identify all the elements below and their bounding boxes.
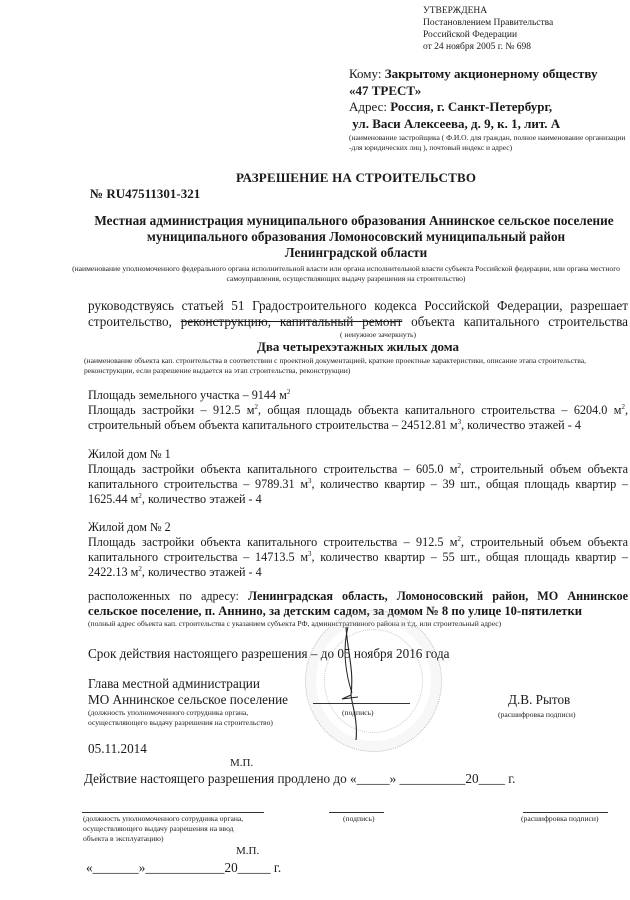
approval-line: УТВЕРЖДЕНА	[423, 5, 553, 17]
building-2-block: Жилой дом № 2 Площадь застройки объекта …	[88, 520, 628, 580]
extension-seal-label: М.П.	[236, 845, 259, 857]
signatory-name-note: (расшифровка подписи)	[498, 710, 576, 720]
basis-line: руководствуясь статьей 51 Градостроитель…	[88, 298, 628, 314]
approval-line: Постановлением Правительства	[423, 17, 553, 29]
basis-construction: строительство,	[88, 314, 172, 329]
issuer-line: Местная администрация муниципального обр…	[84, 213, 624, 229]
signatory-position: Глава местной администрации	[88, 676, 288, 692]
land-area: Площадь земельного участка – 9144 м2	[88, 388, 628, 403]
extension-position-line	[82, 812, 264, 813]
signature-line	[313, 703, 410, 704]
issue-date: 05.11.2014	[88, 741, 147, 757]
issuer-line: Ленинградской области	[88, 245, 624, 261]
permit-number: № RU47511301-321	[90, 186, 200, 202]
signatory-name: Д.В. Рытов	[508, 692, 570, 708]
to-label: Кому:	[349, 66, 381, 81]
signatory-note: (должность уполномоченного сотрудника ор…	[88, 708, 273, 728]
recipient-name-2: «47 ТРЕСТ»	[349, 83, 421, 98]
signature-icon	[318, 625, 378, 745]
issuer-block: Местная администрация муниципального обр…	[88, 213, 624, 261]
basis-object: объекта капитального строительства	[411, 314, 628, 329]
building-line: 1625.44 м2, количество этажей - 4	[88, 492, 628, 507]
approval-line: от 24 ноября 2005 г. № 698	[423, 41, 553, 53]
extension-signature-line	[329, 812, 384, 813]
extension-signature-note: (подпись)	[343, 814, 375, 824]
extension-position-note: (должность уполномоченного сотрудника ор…	[83, 814, 243, 844]
object-name: Два четырехэтажных жилых дома	[88, 339, 628, 355]
extension-name-note: (расшифровка подписи)	[521, 814, 599, 824]
signatory-position: МО Аннинское сельское поселение	[88, 692, 288, 708]
object-note: (наименование объекта кап. строительства…	[84, 356, 630, 376]
summary-line: строительный объем объекта капитального …	[88, 418, 628, 433]
building-line: капитального строительства – 9789.31 м3,…	[88, 477, 628, 492]
basis-line-2: строительство, реконструкцию, капитальны…	[88, 314, 628, 330]
building-line: капитального строительства – 14713.5 м3,…	[88, 550, 628, 565]
signature-note: (подпись)	[342, 708, 374, 718]
building-line: 2422.13 м2, количество этажей - 4	[88, 565, 628, 580]
recipient-address-2: ул. Васи Алексеева, д. 9, к. 1, лит. А	[352, 116, 560, 131]
basis-block: руководствуясь статьей 51 Градостроитель…	[88, 298, 628, 340]
seal-label: М.П.	[230, 757, 253, 769]
summary-block: Площадь земельного участка – 9144 м2 Пло…	[88, 388, 628, 433]
building-heading: Жилой дом № 2	[88, 520, 628, 535]
struck-text: реконструкцию, капитальный ремонт	[181, 314, 403, 329]
validity-text: Срок действия настоящего разрешения – до…	[88, 646, 450, 662]
approval-block: УТВЕРЖДЕНА Постановлением Правительства …	[423, 5, 553, 53]
extension-name-line	[523, 812, 608, 813]
recipient-name: Закрытому акционерному обществу	[385, 66, 598, 81]
building-1-block: Жилой дом № 1 Площадь застройки объекта …	[88, 447, 628, 507]
issuer-line: муниципального образования Ломоносовский…	[88, 229, 624, 245]
issuer-note: (наименование уполномоченного федерально…	[62, 264, 630, 284]
recipient-address: Россия, г. Санкт-Петербург,	[390, 99, 552, 114]
recipient-block: Кому: Закрытому акционерному обществу «4…	[349, 66, 629, 152]
extension-text: Действие настоящего разрешения продлено …	[84, 771, 515, 787]
building-line: Площадь застройки объекта капитального с…	[88, 462, 628, 477]
document-title: РАЗРЕШЕНИЕ НА СТРОИТЕЛЬСТВО	[236, 170, 476, 186]
signatory-block: Глава местной администрации МО Аннинское…	[88, 676, 288, 708]
approval-line: Российской Федерации	[423, 29, 553, 41]
recipient-note: (наименование застройщика ( Ф.И.О. для г…	[349, 133, 629, 152]
address-label: Адрес:	[349, 99, 387, 114]
location-line: расположенных по адресу: Ленинградская о…	[88, 589, 628, 604]
extension-date-line: «_______»____________20_____ г.	[86, 860, 281, 876]
building-heading: Жилой дом № 1	[88, 447, 628, 462]
summary-line: Площадь застройки – 912.5 м2, общая площ…	[88, 403, 628, 418]
building-line: Площадь застройки объекта капитального с…	[88, 535, 628, 550]
